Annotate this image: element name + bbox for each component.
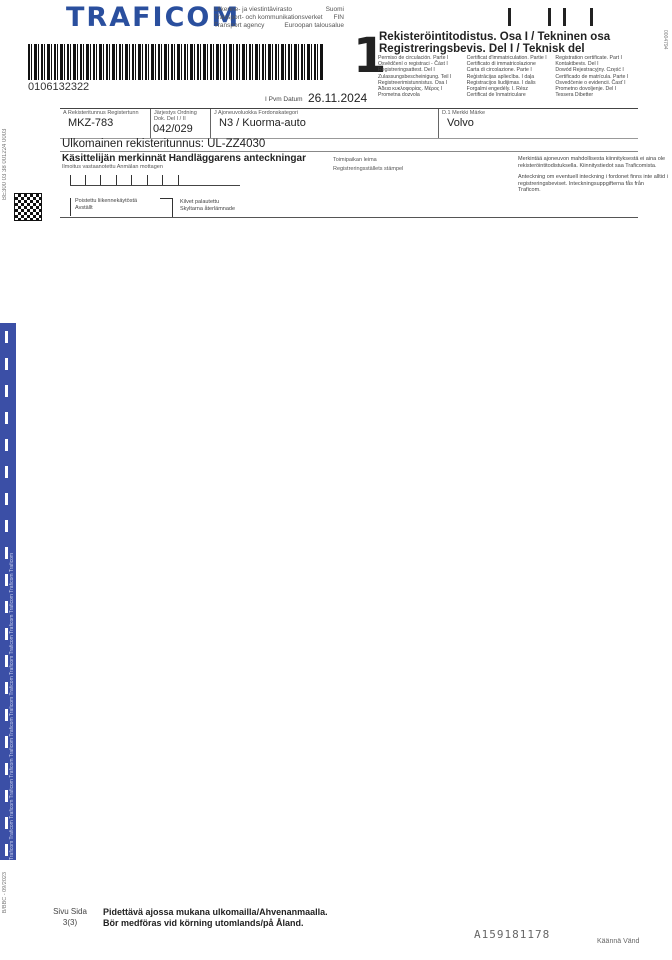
- title-translation: Prometna dozvola: [378, 92, 463, 98]
- barcode-number: 0106132322: [28, 81, 89, 93]
- stripe-hole: [5, 385, 8, 397]
- make-value: Volvo: [439, 117, 639, 129]
- stripe-hole: [5, 493, 8, 505]
- stripe-hole: [5, 520, 8, 532]
- reg-field: A Rekisteritunnus Registertunn MKZ-783: [60, 109, 150, 138]
- stripe-hole: [5, 709, 8, 721]
- make-field: D.1 Merkki Märke Volvo: [438, 109, 639, 138]
- doc-value: 042/029: [151, 123, 211, 135]
- stamp-label-fi: Toimipaikan leima: [333, 156, 403, 165]
- stripe-text: Traficom Traficom Traficom Traficom Traf…: [9, 323, 16, 860]
- make-label: D.1 Merkki Märke: [439, 109, 639, 117]
- security-stripe: Traficom Traficom Traficom Traficom Traf…: [0, 323, 16, 860]
- stamp-label: Toimipaikan leima Registreringsställets …: [333, 156, 403, 174]
- plates-returned: Kilvet palautettu Skyltarna återlämnade: [180, 199, 235, 213]
- stripe-hole: [5, 547, 8, 559]
- page-value: 3(3): [50, 917, 90, 928]
- category-label: J Ajoneuvoluokka Fordonskategori: [211, 109, 439, 117]
- stripe-hole: [5, 439, 8, 451]
- data-matrix-code: [14, 193, 42, 221]
- agency-country: Suomi: [326, 6, 344, 14]
- title-translation: Tessera Dibetter: [555, 92, 640, 98]
- category-value: N3 / Kuorma-auto: [211, 117, 439, 129]
- reg-label: A Rekisteritunnus Registertunn: [60, 109, 150, 117]
- stripe-hole: [5, 601, 8, 613]
- stripe-hole: [5, 358, 8, 370]
- stripe-hole: [5, 574, 8, 586]
- title-fi: Rekisteröintitodistus. Osa I / Tekninen …: [379, 31, 610, 43]
- handler-title: Käsittelijän merkinnät Handläggarens ant…: [62, 153, 306, 164]
- stamp-label-sv: Registreringsställets stämpel: [333, 165, 403, 174]
- category-field: J Ajoneuvoluokka Fordonskategori N3 / Ku…: [210, 109, 439, 138]
- page-label: Sivu Sida: [50, 906, 90, 917]
- received-date-boxes: [70, 173, 240, 186]
- removed-fi: Poistettu liikennekäytöstä: [75, 198, 123, 205]
- stripe-hole: [5, 682, 8, 694]
- agency-line: Transport agency: [214, 22, 264, 30]
- divider: [60, 217, 638, 218]
- stripe-hole: [5, 331, 8, 343]
- stripe-hole: [5, 628, 8, 640]
- title-translation: Certificat de înmatriculare: [467, 92, 552, 98]
- right-side-code: 0004794: [662, 30, 668, 49]
- mortgage-note: Merkintää ajoneuvon mahdollisesta kiinni…: [518, 156, 668, 194]
- notice-sv: Bör medföras vid körning utomlands/på Ål…: [103, 918, 304, 928]
- notice-fi: Pidettävä ajossa mukana ulkomailla/Ahven…: [103, 907, 328, 917]
- reg-value: MKZ-783: [60, 117, 150, 129]
- note-fi: Merkintää ajoneuvon mahdollisesta kiinni…: [518, 156, 668, 169]
- removed-sv: Avställt: [75, 205, 123, 212]
- plates-sv: Skyltarna återlämnade: [180, 206, 235, 213]
- stripe-hole: [5, 844, 8, 856]
- barcode: [28, 44, 324, 80]
- stripe-hole: [5, 655, 8, 667]
- form-code: B/BBC - 09/2023: [2, 872, 8, 913]
- serial-number: A159181178: [474, 928, 550, 941]
- foreign-registration: Ulkomainen rekisteritunnus: UL-ZZ4030: [62, 138, 265, 150]
- turn-page-label: Käännä Vänd: [597, 938, 639, 945]
- title-translations: Permiso de circulación. Parte ICertifica…: [378, 55, 640, 98]
- left-side-code: BE300 03 38 001224 0003: [2, 80, 8, 200]
- stripe-hole: [5, 736, 8, 748]
- removed-box-corner: [160, 198, 173, 217]
- stripe-hole: [5, 466, 8, 478]
- date-value: 26.11.2024: [308, 91, 367, 105]
- agency-name: Liikenne- ja viestintävirastoSuomi Trans…: [214, 6, 344, 30]
- agency-line: Liikenne- ja viestintävirasto: [214, 6, 292, 14]
- stripe-hole: [5, 412, 8, 424]
- stripe-hole: [5, 790, 8, 802]
- handler-subtitle: Ilmoitus vastaanotettu Anmälan mottagen: [62, 164, 163, 170]
- plates-fi: Kilvet palautettu: [180, 199, 235, 206]
- doc-label: Järjestys Ordning Dok. Del I / II: [151, 109, 211, 123]
- page-indicator: Sivu Sida 3(3): [50, 906, 90, 928]
- note-sv: Anteckning om eventuell inteckning i for…: [518, 174, 668, 194]
- doc-field: Järjestys Ordning Dok. Del I / II 042/02…: [150, 109, 211, 138]
- agency-country: Euroopan talousalue: [284, 22, 344, 30]
- vehicle-fields-row: A Rekisteritunnus Registertunn MKZ-783 J…: [60, 108, 638, 139]
- divider: [60, 151, 638, 152]
- title-sv: Registreringsbevis. Del I / Teknisk del: [379, 43, 585, 55]
- agency-line: Transport- och kommunikationsverket: [214, 14, 323, 22]
- removed-box: Poistettu liikennekäytöstä Avställt: [70, 198, 123, 216]
- date-label: I Pvm Datum: [265, 96, 303, 103]
- stripe-hole: [5, 817, 8, 829]
- stripe-hole: [5, 763, 8, 775]
- agency-country: FIN: [334, 14, 344, 22]
